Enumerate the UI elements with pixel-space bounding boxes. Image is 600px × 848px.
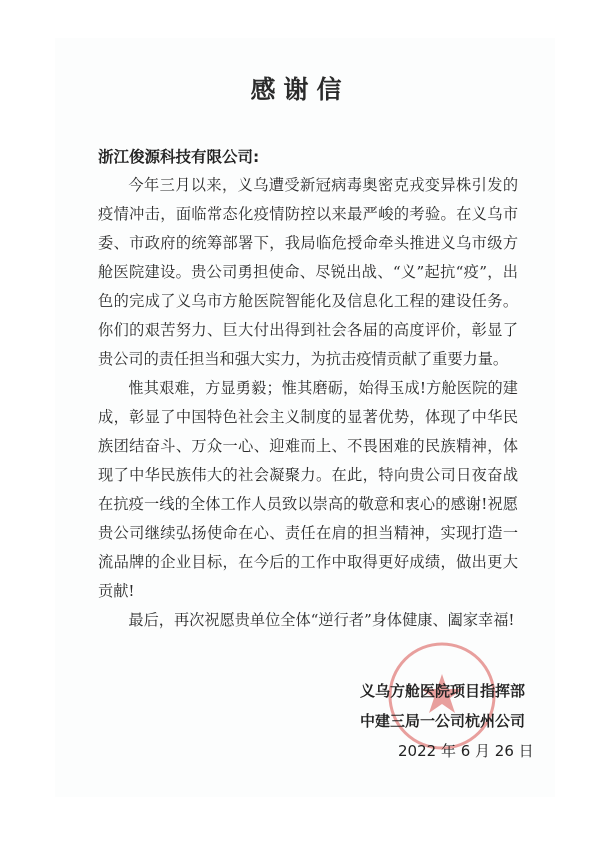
letter-body: 今年三月以来，义乌遭受新冠病毒奥密克戎变异株引发的疫情冲击，面临常态化疫情防控以… (98, 171, 518, 635)
paragraph-2: 惟其艰难，方显勇毅；惟其磨砺，始得玉成!方舱医院的建成，彰显了中国特色社会主义制… (98, 374, 518, 606)
letter-title: 感谢信 (0, 70, 600, 106)
signature-line-1: 义乌方舱医院项目指挥部 (360, 680, 525, 701)
paragraph-3: 最后，再次祝愿贵单位全体“逆行者”身体健康、阖家幸福! (98, 606, 518, 635)
signature-line-2: 中建三局一公司杭州公司 (360, 710, 525, 731)
salutation: 浙江俊源科技有限公司: (98, 145, 259, 167)
signature-date: 2022 年 6 月 26 日 (398, 740, 534, 761)
paragraph-1: 今年三月以来，义乌遭受新冠病毒奥密克戎变异株引发的疫情冲击，面临常态化疫情防控以… (98, 171, 518, 374)
